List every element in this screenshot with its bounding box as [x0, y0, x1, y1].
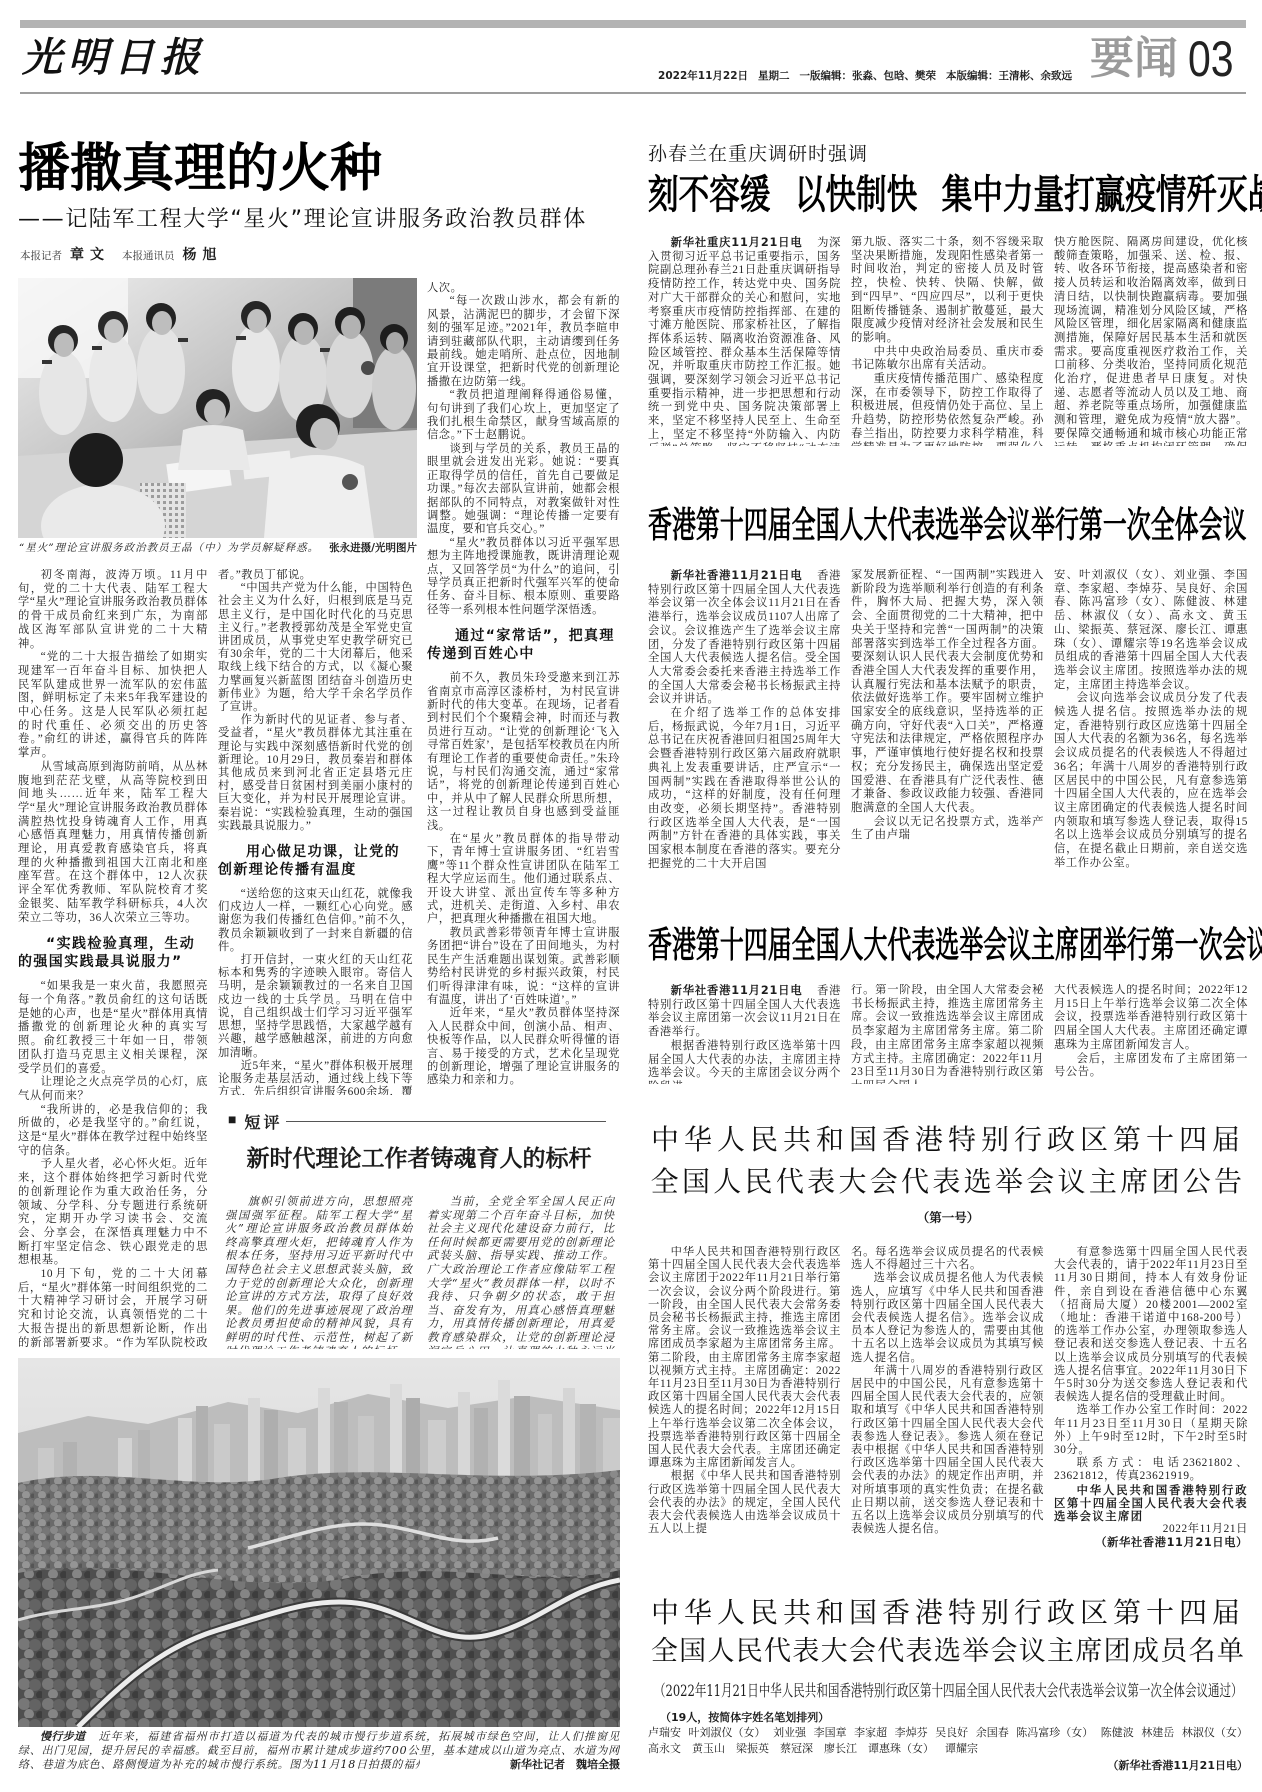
paragraph: 年满十八周岁的香港特别行政区居民中的中国公民，凡有意参选第十四届全国人民代表大会… — [851, 1365, 1044, 1537]
front-page-editors: 一版编辑：张淼、包晗、樊荣 — [800, 70, 937, 82]
lead-photo-instructors — [18, 278, 417, 538]
reporter-name: 章文 — [70, 247, 110, 263]
lead-subtitle: ——记陆军工程大学“星火”理论宣讲服务政治教员群体 — [18, 206, 587, 234]
member-name: 高永文 — [648, 1742, 681, 1757]
paragraph: 根据香港特别行政区选举第十四届全国人大代表的办法，主席团主持选举会议。今天的主席… — [648, 1040, 841, 1084]
correspondent-label: 本报通讯员 — [122, 250, 175, 262]
paragraph: 重庆疫情传播范围广、感染程度深，在市委领导下，防控工作取得了积极进展，但疫情仍处… — [851, 373, 1044, 446]
paragraph: 人次。 — [427, 282, 620, 295]
subheading: “实践检验真理，生动的强国实践最具说服力” — [18, 935, 208, 971]
paragraph: 中共中央政治局委员、重庆市委书记陈敏尔出席有关活动。 — [851, 346, 1044, 373]
lead-photo-caption: “星火”理论宣讲服务政治教员王晶（中）为学员解疑释惑。张永进摄/光明图片 — [18, 541, 417, 556]
announcement-number: （第一号） — [648, 1210, 1248, 1226]
paragraph: 会议向选举会议成员分发了代表候选人提名信。按照选举办法的规定，香港特别行政区应选… — [1054, 692, 1248, 870]
paragraph: 选举工作办公室工作时间：2022年11月23日至11月30日（星期天除外）上午9… — [1054, 1404, 1248, 1457]
paragraph: 新华社重庆11月21日电为深入贯彻习近平总书记重要指示，国务院副总理孙春兰21日… — [648, 236, 841, 446]
correspondent-name: 杨旭 — [183, 247, 223, 263]
page-editors: 本版编辑：王清彬、余致远 — [946, 70, 1072, 82]
subheading: 用心做足功课，让党的创新理论传播有温度 — [218, 843, 413, 879]
square-bullet-icon: ■ — [228, 1113, 236, 1129]
paragraph: 安、叶刘淑仪（女）、刘业强、李国章、李家超、李焯芬、吴良好、余国春、陈冯富珍（女… — [1054, 569, 1248, 692]
commentary-rule — [286, 1121, 606, 1122]
member-name: 黄玉山 — [692, 1742, 725, 1757]
roster-subtitle: （2022年11月21日中华人民共和国香港特别行政区第十四届全国人民代表大会代表… — [648, 1681, 1248, 1703]
paragraph: 予人星火者，必心怀火炬。近年来，这个群体始终把学习新时代党的创新理论作为重大政治… — [18, 1158, 208, 1268]
commentary-title: 新时代理论工作者铸魂育人的标杆 — [218, 1144, 620, 1174]
paragraph: “我所讲的，必是我信仰的；我所做的，必是我坚守的。”俞红说，这是“星火”群体在教… — [18, 1104, 208, 1159]
newspaper-page: 光明日报 2022年11月22日星期二一版编辑：张淼、包晗、樊荣本版编辑：王清彬… — [0, 0, 1262, 1792]
paragraph: 联系方式：电话23621802、23621812，传真23621919。 — [1054, 1457, 1248, 1483]
announcement-title-line-1: 中华人民共和国香港特别行政区第十四届 — [648, 1122, 1248, 1158]
member-name: 林淑仪（女） — [1182, 1726, 1248, 1741]
lead-column-b: 者。”教员丁郁说。 “中国共产党为什么能，中国特色社会主义为什么好，归根到底是马… — [218, 569, 413, 1095]
paragraph: 会后，主席团发布了主席团第一号公告。 — [1054, 1053, 1248, 1080]
paragraph: “如果我是一束火苗，我愿照亮每一个角落。”教员俞红的这句话既是她的心声，也是“星… — [18, 980, 208, 1076]
paragraph: 打开信封，一束火红的天山红花标本和隽秀的字迹映入眼帘。寄信人马明，是余颖颖教过的… — [218, 954, 413, 1060]
announcement-title-line-2: 全国人民代表大会代表选举会议主席团公告 — [648, 1164, 1248, 1200]
reporter-label: 本报记者 — [20, 250, 62, 262]
paragraph: 旗帜引领前进方向，思想照亮强国强军征程。陆军工程大学“星火”理论宣讲服务政治教员… — [225, 1195, 413, 1349]
member-name: 李焯芬 — [895, 1726, 928, 1741]
roster-title-line-2: 全国人民代表大会代表选举会议主席团成员名单 — [648, 1634, 1248, 1670]
cq-column-3: 快方舱医院、隔离房间建设，优化核酸筛查策略，加强采、送、检、报、转、收各环节衔接… — [1054, 236, 1248, 446]
photo-image — [18, 1358, 620, 1727]
paragraph: 大代表候选人的提名时间；2022年12月15日上午举行选举会议第二次全体会议，投… — [1054, 984, 1248, 1053]
paragraph: “中国共产党为什么能，中国特色社会主义为什么好，归根到底是马克思主义行，是中国化… — [218, 582, 413, 714]
page-number: 03 — [1188, 30, 1234, 88]
roster-members-line-2: 高永文 黄玉山 梁振英 蔡冠深 廖长江 谭惠珠（女） 谭耀宗 — [648, 1742, 1248, 1757]
member-name: 陈冯富珍（女） — [1016, 1726, 1093, 1741]
member-name: 余国春 — [976, 1726, 1009, 1741]
hk-presidium-column-3: 大代表候选人的提名时间；2022年12月15日上午举行选举会议第二次全体会议，投… — [1054, 984, 1248, 1084]
newspaper-logo: 光明日报 — [22, 34, 206, 82]
member-name: 刘业强 — [773, 1726, 806, 1741]
paragraph: 初冬南海，波涛万顷。11月中旬，党的二十大代表、陆军工程大学“星火”理论宣讲服务… — [18, 569, 208, 651]
hk-presidium-column-2: 行。第一阶段，由全国人大常委会秘书长杨振武主持，推选主席团常务主席。会议一致推选… — [851, 984, 1044, 1084]
paragraph: 教员武善彩带领青年博士宣讲服务团把“讲台”设在了田间地头，为村民生产生活难题出谋… — [427, 927, 620, 1007]
lead-byline: 本报记者章文本报通讯员杨旭 — [20, 247, 235, 264]
member-name: 叶刘淑仪（女） — [689, 1726, 766, 1741]
announcement-column-1: 中华人民共和国香港特别行政区第十四届全国人民代表大会代表选举会议主席团于2022… — [648, 1246, 841, 1552]
paragraph: 当前，全党全军全国人民正向着实现第二个百年奋斗目标，加快社会主义现代化建设奋力前… — [427, 1195, 615, 1349]
caption-text: “星火”理论宣讲服务政治教员王晶（中）为学员解疑释惑。 — [19, 542, 319, 554]
paragraph: 在“星火”教员群体的指导带动下，青年博士宣讲服务团、“红岩雪鹰”等11个群众性宣… — [427, 833, 620, 927]
paragraph: 从雪域高原到海防前哨，从丛林腹地到茫茫戈壁，从高等院校到田间地头……近年来，陆军… — [18, 761, 208, 925]
roster-members-line-1: 卢瑞安 叶刘淑仪（女） 刘业强 李国章 李家超 李焯芬 吴良好 余国春 陈冯富珍… — [648, 1726, 1248, 1741]
paragraph: 近年来，“星火”教员群体坚持深入人民群众中间，创演小品、相声、快板等作品，以人民… — [427, 1007, 620, 1087]
photo-feature-credit: 新华社记者 魏培全摄 — [420, 1758, 620, 1772]
cq-column-1: 新华社重庆11月21日电为深入贯彻习近平总书记重要指示，国务院副总理孙春兰21日… — [648, 236, 841, 446]
member-name: 李国章 — [814, 1726, 847, 1741]
paragraph: 家发展新征程、“一国两制”实践进入新阶段为选举顺利举行创造的有利条件，胸怀大局、… — [851, 569, 1044, 816]
commentary-column-2: 当前，全党全军全国人民正向着实现第二个百年奋斗目标，加快社会主义现代化建设奋力前… — [427, 1195, 615, 1349]
paragraph: 新华社香港11月21日电香港特别行政区第十四届全国人大代表选举会议主席团第一次会… — [648, 984, 841, 1040]
paragraph: “党的二十大报告描绘了如期实现建军一百年奋斗目标、加快把人民军队建成世界一流军队… — [18, 651, 208, 761]
paragraph: 作为新时代的见证者、参与者、受益者，“星火”教员群体尤其注重在理论与实践中深刻感… — [218, 714, 413, 833]
paragraph: 行。第一阶段，由全国人大常委会秘书长杨振武主持，推选主席团常务主席。会议一致推选… — [851, 984, 1044, 1084]
masthead-top-bar — [20, 20, 1246, 28]
cq-column-2: 第九版、落实二十条，刻不容缓采取坚决果断措施，发现阳性感染者第一时间收治，判定的… — [851, 236, 1044, 446]
paragraph: 近5年来，“星火”群体积极开展理论服务走基层活动，通过线上线下等方式，先后组织宣… — [218, 1060, 413, 1095]
announcement-date: 2022年11月21日 — [1054, 1523, 1248, 1536]
paragraph: “送给您的这束天山红花，就像我们戍边人一样，一颗红心心向党。感谢您为我们传播红色… — [218, 888, 413, 954]
member-name: 谭耀宗 — [945, 1742, 978, 1757]
announcement-column-3: 有意参选第十四届全国人民代表大会代表的，请于2022年11月23日至11月30日… — [1054, 1246, 1248, 1552]
issue-date: 2022年11月22日 — [658, 70, 748, 82]
paragraph: “星火”教员群体以习近平强军思想为主阵地授课施教，既讲清理论观点，又回答学员“为… — [427, 537, 620, 617]
paragraph: 名。每名选举会议成员提名的代表候选人不得超过三十六名。 — [851, 1246, 1044, 1272]
paragraph-text: 为深入贯彻习近平总书记重要指示，国务院副总理孙春兰21日赴重庆调研指导疫情防控工… — [648, 237, 841, 446]
hk-presidium-column-1: 新华社香港11月21日电香港特别行政区第十四届全国人大代表选举会议主席团第一次会… — [648, 984, 841, 1084]
member-name: 李家超 — [854, 1726, 887, 1741]
paragraph: 选举会议成员提名他人为代表候选人，应填写《中华人民共和国香港特别行政区第十四届全… — [851, 1272, 1044, 1364]
member-name: 蔡冠深 — [780, 1742, 813, 1757]
cq-headline: 刻不容缓 以快制快 集中力量打赢疫情歼灭战 — [648, 172, 1262, 218]
member-name: 吴良好 — [935, 1726, 968, 1741]
member-name: 陈健波 — [1101, 1726, 1134, 1741]
roster-subtitle-text: （2022年11月21日中华人民共和国香港特别行政区第十四届全国人民代表大会代表… — [654, 1681, 1243, 1701]
paragraph-text: 香港特别行政区第十四届全国人大代表选举会议第一次全体会议11月21日在香港举行，… — [648, 570, 841, 705]
paragraph: “每一次跋山涉水，都会有新的风景，沾满泥巴的脚步，才会留下深刻的强军足迹。”20… — [427, 295, 620, 389]
section-name: 要闻 — [1090, 32, 1178, 86]
paragraph: 让理论之火点亮学员的心灯，底气从何而来？ — [18, 1076, 208, 1103]
member-name: 林建岳 — [1141, 1726, 1174, 1741]
member-name: 卢瑞安 — [648, 1726, 681, 1741]
paragraph: 有意参选第十四届全国人民代表大会代表的，请于2022年11月23日至11月30日… — [1054, 1246, 1248, 1404]
hk-plenary-headline: 香港第十四届全国人大代表选举会议举行第一次全体会议 — [648, 505, 1247, 547]
paragraph: 会议以无记名投票方式，选举产生了由卢瑞 — [851, 816, 1044, 843]
photo-forest — [18, 1470, 620, 1727]
issue-info: 2022年11月22日星期二一版编辑：张淼、包晗、樊荣本版编辑：王清彬、余致远 — [640, 70, 1072, 83]
hk-plenary-column-1: 新华社香港11月21日电香港特别行政区第十四届全国人大代表选举会议第一次全体会议… — [648, 569, 841, 891]
member-name: 廖长江 — [824, 1742, 857, 1757]
issue-weekday: 星期二 — [758, 70, 790, 82]
paragraph: “教员把道理阐释得通俗易懂，句句讲到了我们心坎上，更加坚定了我们扎根生命禁区，献… — [427, 389, 620, 443]
photo-credit: 张永进摄/光明图片 — [329, 542, 417, 554]
paragraph: 10月下旬，党的二十大闭幕后，“星火”群体第一时间组织党的二十大精神学习研讨会，… — [18, 1268, 208, 1349]
paragraph: 谈到与学员的关系，教员王晶的眼里就会迸发出光彩。她说：“要真正取得学员的信任，首… — [427, 443, 620, 537]
dateline: 新华社重庆11月21日电 — [671, 236, 803, 249]
paragraph: 前不久，教员朱玲受邀来到江苏省南京市高淳区漆桥村，为村民宣讲新时代的伟大变革。在… — [427, 672, 620, 833]
paragraph: 第九版、落实二十条，刻不容缓采取坚决果断措施，发现阳性感染者第一时间收治，判定的… — [851, 236, 1044, 346]
subheading: 通过“家常话”，把真理传递到百姓心中 — [427, 627, 620, 663]
hk-plenary-column-3: 安、叶刘淑仪（女）、刘业强、李国章、李家超、李焯芬、吴良好、余国春、陈冯富珍（女… — [1054, 569, 1248, 891]
announcement-credit: （新华社香港11月21日电） — [1054, 1536, 1248, 1549]
lead-headline: 播撒真理的火种 — [18, 140, 382, 198]
hk-presidium-headline: 香港第十四届全国人大代表选举会议主席团举行第一次会议 — [648, 925, 1262, 967]
roster-credit: （新华社香港11月21日电） — [948, 1759, 1248, 1773]
paragraph: 在介绍了选举工作的总体安排后，杨振武说，今年7月1日，习近平总书记在庆祝香港回归… — [648, 707, 841, 871]
dateline: 新华社香港11月21日电 — [671, 569, 803, 582]
member-name: 谭惠珠（女） — [868, 1742, 934, 1757]
member-name: 梁振英 — [736, 1742, 769, 1757]
lead-column-a: 初冬南海，波涛万顷。11月中旬，党的二十大代表、陆军工程大学“星火”理论宣讲服务… — [18, 569, 208, 1349]
roster-note: （19人，按简体字姓名笔划排列） — [660, 1711, 829, 1725]
commentary-column-1: 旗帜引领前进方向，思想照亮强国强军征程。陆军工程大学“星火”理论宣讲服务政治教员… — [225, 1195, 413, 1349]
announcement-column-2: 名。每名选举会议成员提名的代表候选人不得超过三十六名。 选举会议成员提名他人为代… — [851, 1246, 1044, 1552]
roster-title-line-1: 中华人民共和国香港特别行政区第十四届 — [648, 1595, 1248, 1631]
commentary-label: 短评 — [244, 1110, 282, 1133]
announcement-signature: 中华人民共和国香港特别行政区第十四届全国人民代表大会代表选举会议主席团 — [1054, 1484, 1248, 1524]
photo-fuzhou-walkway — [18, 1358, 620, 1727]
lead-column-c: 人次。 “每一次跋山涉水，都会有新的风景，沾满泥巴的脚步，才会留下深刻的强军足迹… — [427, 282, 620, 1094]
paragraph: 新华社香港11月21日电香港特别行政区第十四届全国人大代表选举会议第一次全体会议… — [648, 569, 841, 707]
masthead-divider — [20, 92, 1246, 94]
paragraph: 快方舱医院、隔离房间建设，优化核酸筛查策略，加强采、送、检、报、转、收各环节衔接… — [1054, 236, 1248, 446]
photo-feature-title: 慢行步道 — [40, 1730, 85, 1743]
hk-plenary-column-2: 家发展新征程、“一国两制”实践进入新阶段为选举顺利举行创造的有利条件，胸怀大局、… — [851, 569, 1044, 891]
photo-image — [18, 278, 417, 538]
cq-kicker: 孙春兰在重庆调研时强调 — [648, 142, 868, 166]
commentary-label-bar: ■ 短评 — [228, 1110, 606, 1132]
paragraph: 中华人民共和国香港特别行政区第十四届全国人民代表大会代表选举会议主席团于2022… — [648, 1246, 841, 1470]
paragraph: 根据《中华人民共和国香港特别行政区选举第十四届全国人民代表大会代表的办法》的规定… — [648, 1470, 841, 1536]
paragraph: 者。”教员丁郁说。 — [218, 569, 413, 582]
dateline: 新华社香港11月21日电 — [671, 984, 803, 997]
